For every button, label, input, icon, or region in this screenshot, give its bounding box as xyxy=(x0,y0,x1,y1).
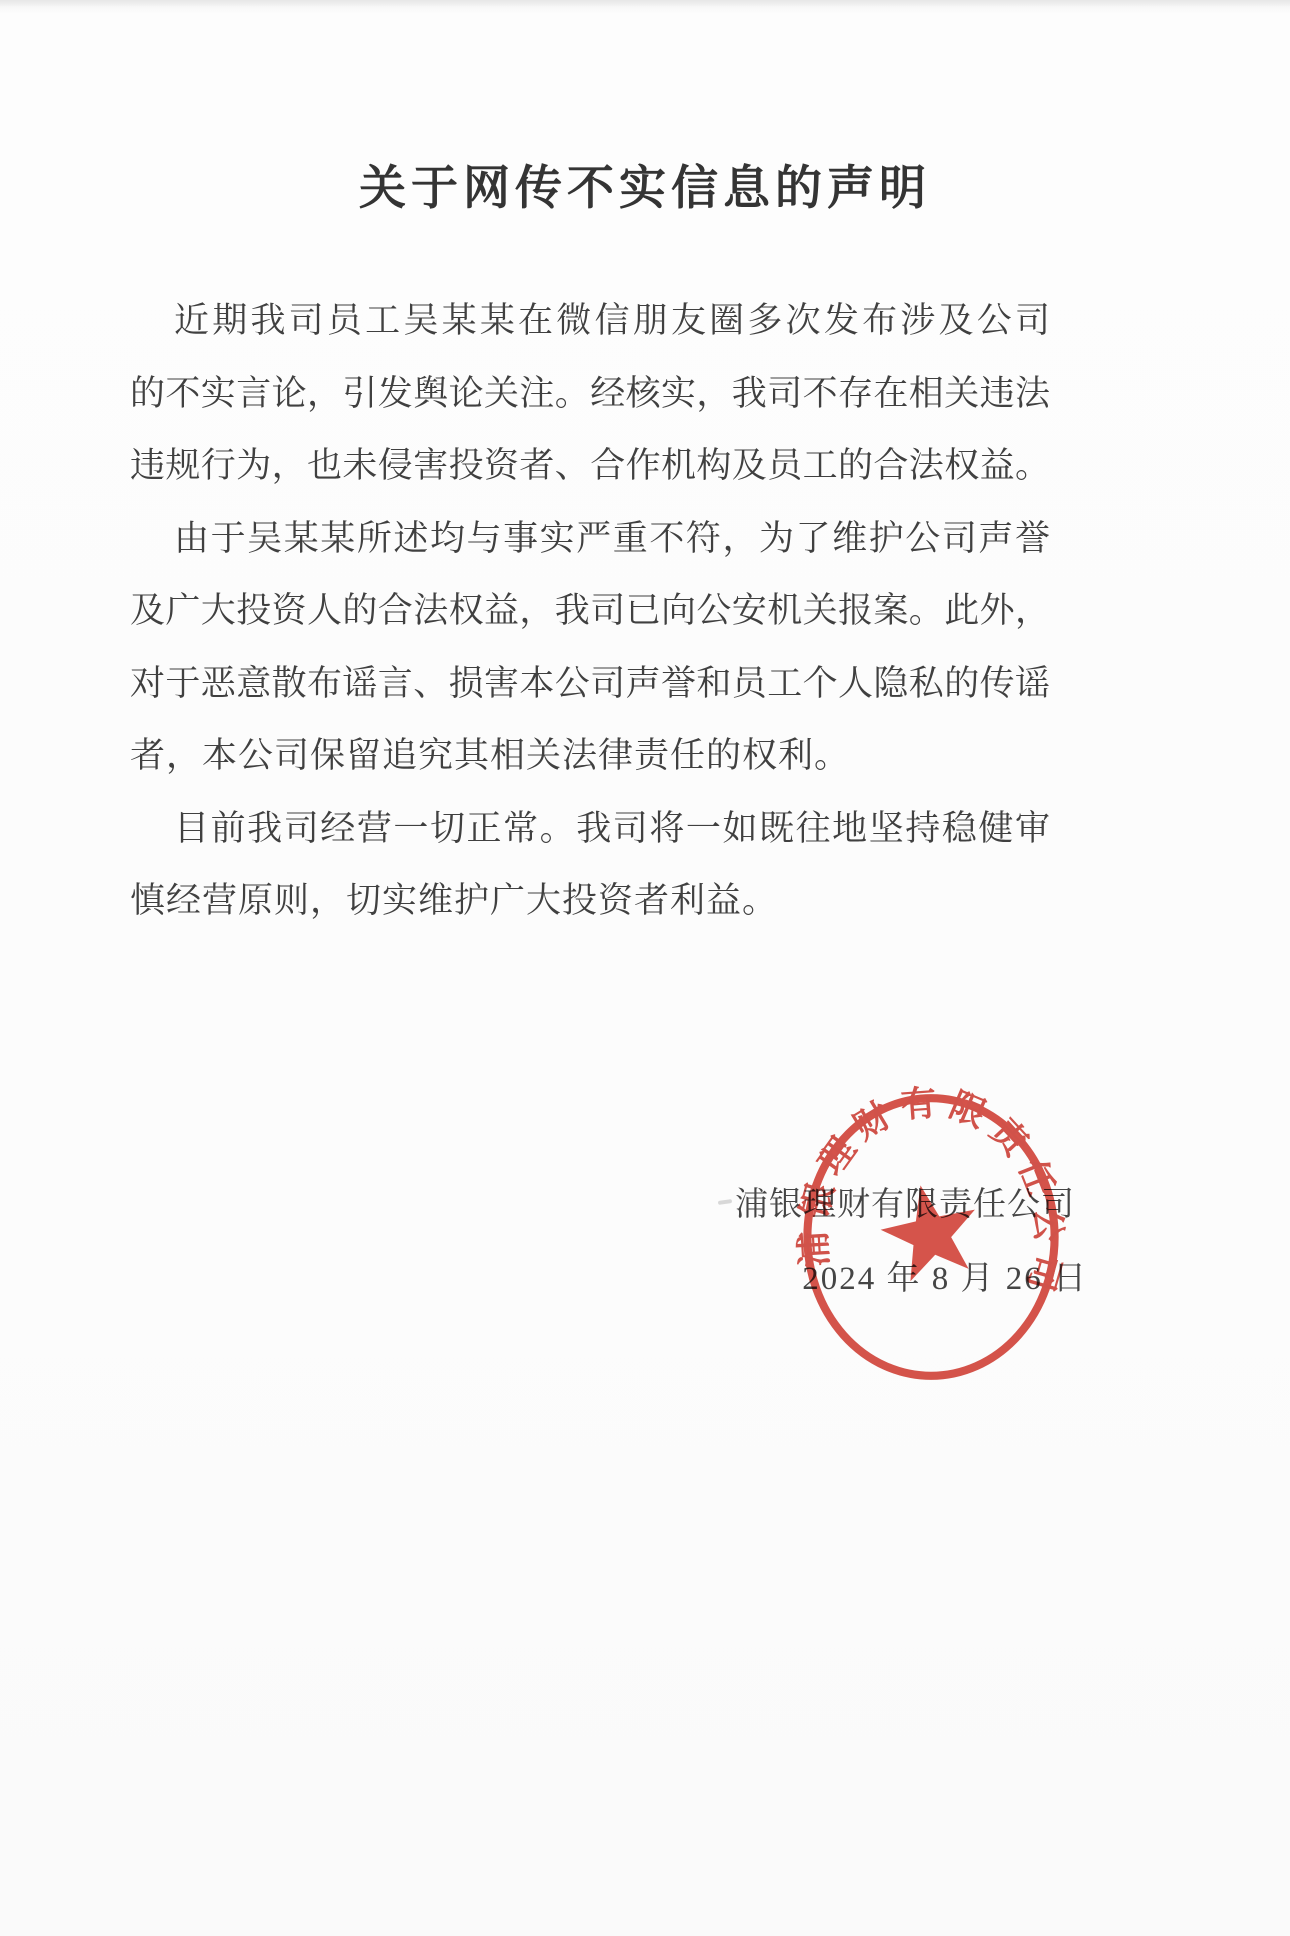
seal-arc-text: 浦银理财有限责任公司 xyxy=(793,1084,1070,1304)
scan-top-edge-shadow xyxy=(0,0,1290,7)
body-line: 近期我司员工吴某某在微信朋友圈多次发布涉及公司 xyxy=(130,285,1050,358)
scan-artifact-dash xyxy=(718,1199,732,1205)
body-line: 慎经营原则，切实维护广大投资者利益。 xyxy=(130,865,1050,938)
body-line: 者，本公司保留追究其相关法律责任的权利。 xyxy=(130,720,1050,793)
body-line: 对于恶意散布谣言、损害本公司声誉和员工个人隐私的传谣 xyxy=(130,648,1050,721)
document-title: 关于网传不实信息的声明 xyxy=(0,0,1290,220)
body-line: 违规行为，也未侵害投资者、合作机构及员工的合法权益。 xyxy=(130,430,1050,503)
body-line: 目前我司经营一切正常。我司将一如既往地坚持稳健审 xyxy=(130,793,1050,866)
body-line: 由于吴某某所述均与事实严重不符，为了维护公司声誉 xyxy=(130,503,1050,576)
body-line: 的不实言论，引发舆论关注。经核实，我司不存在相关违法 xyxy=(130,358,1050,431)
company-seal-stamp: 浦银理财有限责任公司 xyxy=(778,1084,1084,1392)
body-line: 及广大投资人的合法权益，我司已向公安机关报案。此外， xyxy=(130,575,1050,648)
document-body: 近期我司员工吴某某在微信朋友圈多次发布涉及公司 的不实言论，引发舆论关注。经核实… xyxy=(130,285,1050,938)
seal-star-icon xyxy=(873,1175,986,1285)
statement-document-page: 关于网传不实信息的声明 近期我司员工吴某某在微信朋友圈多次发布涉及公司 的不实言… xyxy=(0,0,1290,1936)
